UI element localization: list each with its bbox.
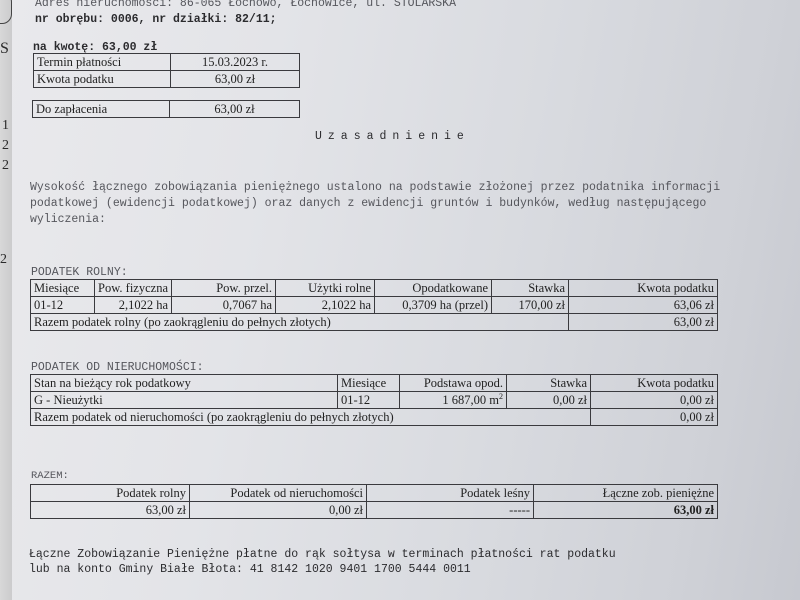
summary-label: RAZEM: (31, 470, 69, 482)
column-header: Użytki rolne (276, 280, 375, 297)
agricultural-tax-table: Miesiące Pow. fizyczna Pow. przel. Użytk… (30, 279, 718, 331)
justification-heading: Uzasadnienie (315, 130, 470, 143)
footer-line: Łączne Zobowiązanie Pieniężne płatne do … (29, 548, 616, 561)
column-header: Kwota podatku (591, 375, 718, 392)
column-header: Stan na bieżący rok podatkowy (31, 375, 338, 392)
column-header: Miesiące (31, 280, 95, 297)
table-cell: 2,1022 ha (95, 297, 172, 314)
edge-fragment: 2 (2, 158, 9, 174)
table-header-row: Stan na bieżący rok podatkowy Miesiące P… (31, 375, 718, 392)
table-row: 01-12 2,1022 ha 0,7067 ha 2,1022 ha 0,37… (31, 297, 718, 314)
tax-amount-value: 63,00 zł (171, 71, 300, 88)
unit-superscript: 2 (499, 392, 503, 401)
payment-term-label: Termin płatności (34, 54, 171, 71)
total-value: 63,00 zł (569, 314, 718, 331)
table-cell: 0,00 zł (190, 502, 367, 519)
agricultural-tax-label: PODATEK ROLNY: (31, 266, 128, 279)
column-header: Pow. przel. (172, 280, 276, 297)
summary-table: Podatek rolny Podatek od nieruchomości P… (30, 484, 718, 519)
table-cell: ----- (367, 502, 534, 519)
property-tax-table: Stan na bieżący rok podatkowy Miesiące P… (30, 374, 718, 426)
table-row: G - Nieużytki 01-12 1 687,00 m2 0,00 zł … (31, 392, 718, 409)
table-cell: 01-12 (31, 297, 95, 314)
table-total-row: Razem podatek od nieruchomości (po zaokr… (31, 409, 718, 426)
edge-fragment: 2 (0, 252, 7, 268)
table-cell: 0,3709 ha (przel) (375, 297, 492, 314)
table-cell: 170,00 zł (492, 297, 569, 314)
column-header: Podatek leśny (367, 485, 534, 502)
justification-line: Wysokość łącznego zobowiązania pieniężne… (30, 181, 720, 194)
column-header: Opodatkowane (375, 280, 492, 297)
to-pay-label: Do zapłacenia (33, 101, 170, 118)
footer-line: lub na konto Gminy Białe Błota: 41 8142 … (29, 563, 471, 576)
table-total-row: Razem podatek rolny (po zaokrągleniu do … (31, 314, 718, 331)
tax-decision-page: Adres nieruchomości: 86-065 Łochowo, Łoc… (12, 0, 800, 600)
edge-fragment: 2 (2, 138, 9, 154)
column-header: Pow. fizyczna (95, 280, 172, 297)
column-header: Stawka (507, 375, 591, 392)
total-label: Razem podatek od nieruchomości (po zaokr… (31, 409, 591, 426)
column-header: Kwota podatku (569, 280, 718, 297)
total-label: Razem podatek rolny (po zaokrągleniu do … (31, 314, 569, 331)
edge-fragment: S (0, 40, 9, 58)
table-cell: 01-12 (338, 392, 400, 409)
column-header: Podatek rolny (31, 485, 190, 502)
column-header: Podatek od nieruchomości (190, 485, 367, 502)
total-value: 0,00 zł (591, 409, 718, 426)
column-header: Podstawa opod. (400, 375, 507, 392)
tax-base-value: 1 687,00 m (442, 393, 499, 407)
to-pay-table: Do zapłacenia 63,00 zł (32, 100, 300, 118)
table-header-row: Miesiące Pow. fizyczna Pow. przel. Użytk… (31, 280, 718, 297)
column-header: Miesiące (338, 375, 400, 392)
payment-table: Termin płatności 15.03.2023 r. Kwota pod… (33, 53, 300, 88)
table-cell: 2,1022 ha (276, 297, 375, 314)
circle-mark (0, 0, 12, 24)
total-obligation-value: 63,00 zł (534, 502, 718, 519)
column-header: Łączne zob. pieniężne (534, 485, 718, 502)
table-row: Do zapłacenia 63,00 zł (33, 101, 300, 118)
tax-amount-label: Kwota podatku (34, 71, 171, 88)
parcel-number: nr obrębu: 0006, nr działki: 82/11; (35, 13, 277, 26)
table-header-row: Podatek rolny Podatek od nieruchomości P… (31, 485, 718, 502)
column-header: Stawka (492, 280, 569, 297)
property-address: Adres nieruchomości: 86-065 Łochowo, Łoc… (35, 0, 456, 10)
justification-line: podatkowej (ewidencji podatkowej) oraz d… (30, 197, 706, 210)
edge-fragment: 1 (2, 118, 9, 134)
table-cell: 0,7067 ha (172, 297, 276, 314)
table-row: Termin płatności 15.03.2023 r. (34, 54, 300, 71)
table-cell: 0,00 zł (591, 392, 718, 409)
payment-term-value: 15.03.2023 r. (171, 54, 300, 71)
table-cell: G - Nieużytki (31, 392, 338, 409)
table-row: Kwota podatku 63,00 zł (34, 71, 300, 88)
justification-line: wyliczenia: (30, 213, 106, 226)
table-cell: 0,00 zł (507, 392, 591, 409)
table-cell: 1 687,00 m2 (400, 392, 507, 409)
property-tax-label: PODATEK OD NIERUCHOMOŚCI: (31, 361, 204, 374)
to-pay-value: 63,00 zł (170, 101, 300, 118)
table-cell: 63,00 zł (31, 502, 190, 519)
table-cell: 63,06 zł (569, 297, 718, 314)
table-row: 63,00 zł 0,00 zł ----- 63,00 zł (31, 502, 718, 519)
